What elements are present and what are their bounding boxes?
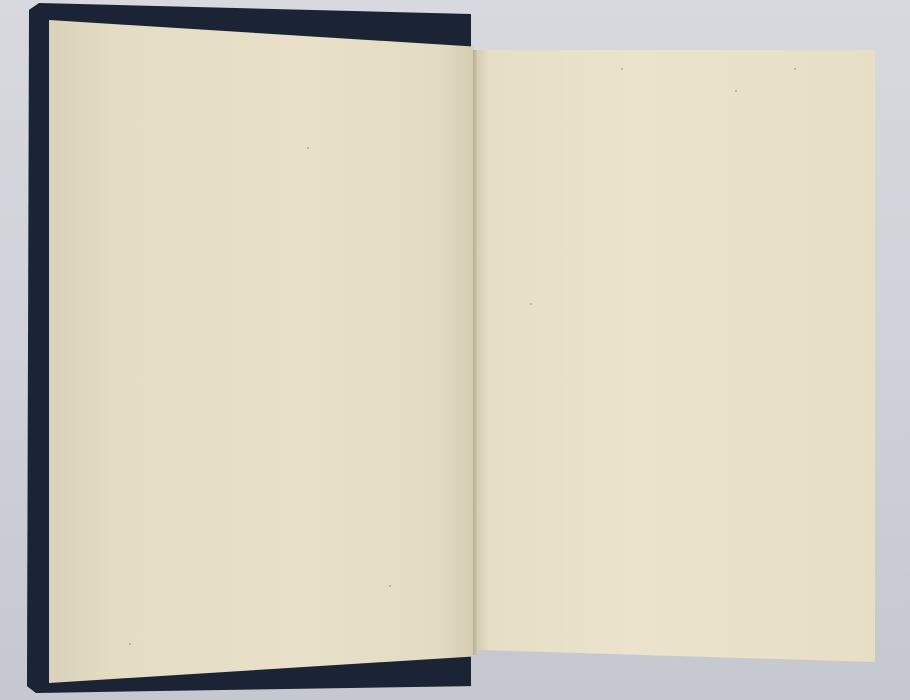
book-gutter [473, 50, 477, 655]
left-endpaper [49, 20, 473, 683]
right-endpaper [473, 50, 875, 662]
photo-scene [0, 0, 910, 700]
